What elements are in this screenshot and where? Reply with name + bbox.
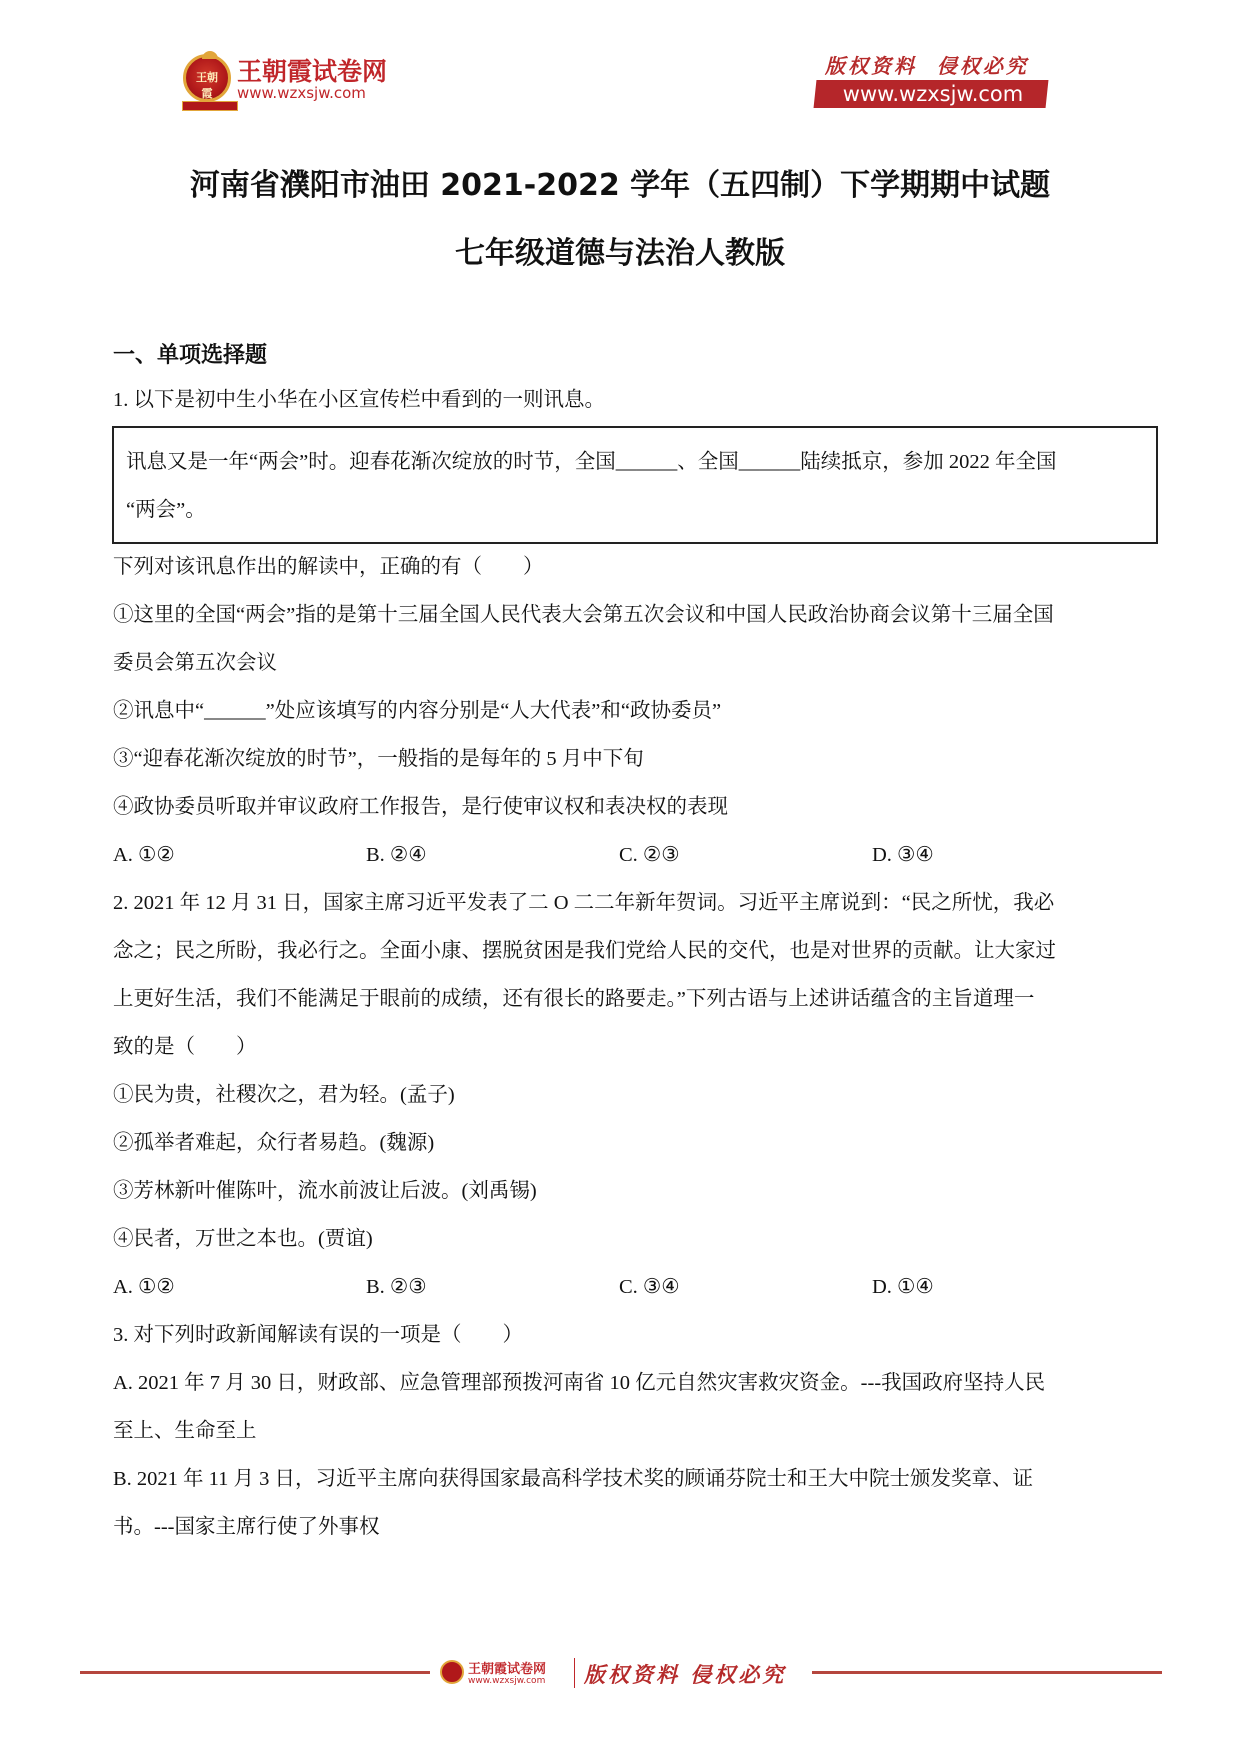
statement: ②孤举者难起，众行者易趋。(魏源)	[113, 1129, 434, 1157]
question-3-stem: 3. 对下列时政新闻解读有误的一项是（ ）	[113, 1321, 523, 1349]
footer-divider-right	[812, 1671, 1162, 1674]
question-2-stem: 念之；民之所盼，我必行之。全面小康、摆脱贫困是我们党给人民的交代，也是对世界的贡…	[113, 937, 1056, 965]
option-a[interactable]: A. ①②	[113, 841, 175, 869]
footer-separator	[574, 1658, 575, 1688]
notice-line: “两会”。	[126, 496, 206, 524]
option-d[interactable]: D. ③④	[872, 841, 934, 869]
brand-name: 王朝霞试卷网	[237, 52, 387, 88]
footer-divider-left	[80, 1671, 430, 1674]
footer-logo: 王朝霞试卷网 www.wzxsjw.com 版权资料 侵权必究	[440, 1654, 800, 1694]
question-2-stem: 致的是（ ）	[113, 1033, 257, 1061]
choice-line: 书。---国家主席行使了外事权	[113, 1513, 379, 1541]
notice-box: 讯息又是一年“两会”时。迎春花渐次绽放的时节，全国______、全国______…	[112, 426, 1158, 544]
ribbon-icon	[182, 101, 238, 111]
question-1-stem: 1. 以下是初中生小华在小区宣传栏中看到的一则讯息。	[113, 386, 605, 414]
option-b[interactable]: B. ②④	[366, 841, 427, 869]
notice-line: 讯息又是一年“两会”时。迎春花渐次绽放的时节，全国______、全国______…	[126, 448, 1056, 476]
option-c[interactable]: C. ③④	[619, 1273, 680, 1301]
statement: 委员会第五次会议	[113, 649, 277, 677]
option-d[interactable]: D. ①④	[872, 1273, 934, 1301]
option-c[interactable]: C. ②③	[619, 841, 680, 869]
statement: ④民者，万世之本也。(贾谊)	[113, 1225, 373, 1253]
option-b[interactable]: B. ②③	[366, 1273, 427, 1301]
statement: ①民为贵，社稷次之，君为轻。(孟子)	[113, 1081, 455, 1109]
statement: ①这里的全国“两会”指的是第十三届全国人民代表大会第五次会议和中国人民政治协商会…	[113, 601, 1054, 629]
section-heading: 一、单项选择题	[113, 338, 267, 369]
copyright-banner: 版权资料 侵权必究 www.wzxsjw.com	[815, 50, 1055, 112]
badge-text: 王朝霞	[193, 69, 221, 101]
question-2-stem: 上更好生活，我们不能满足于眼前的成绩，还有很长的路要走。”下列古语与上述讲话蕴含…	[113, 985, 1034, 1013]
statement: ③芳林新叶催陈叶，流水前波让后波。(刘禹锡)	[113, 1177, 537, 1205]
brand-url: www.wzxsjw.com	[237, 84, 366, 102]
url-bar-text: www.wzxsjw.com	[827, 80, 1039, 108]
badge-icon: 王朝霞	[183, 54, 231, 102]
page-title: 河南省濮阳市油田 2021-2022 学年（五四制）下学期期中试题	[0, 160, 1240, 204]
footer-brand-name: 王朝霞试卷网	[468, 1658, 546, 1677]
question-2-stem: 2. 2021 年 12 月 31 日，国家主席习近平发表了二 O 二二年新年贺…	[113, 889, 1054, 917]
footer-copyright: 版权资料 侵权必究	[584, 1659, 786, 1689]
question-1-prompt: 下列对该讯息作出的解读中，正确的有（ ）	[113, 553, 544, 581]
statement: ②讯息中“______”处应该填写的内容分别是“人大代表”和“政协委员”	[113, 697, 721, 725]
choice-line: B. 2021 年 11 月 3 日，习近平主席向获得国家最高科学技术奖的顾诵芬…	[113, 1465, 1033, 1493]
statement: ④政协委员听取并审议政府工作报告，是行使审议权和表决权的表现	[113, 793, 728, 821]
badge-icon	[440, 1660, 464, 1684]
footer-brand-url: www.wzxsjw.com	[468, 1676, 545, 1686]
site-logo: 王朝霞 王朝霞试卷网 www.wzxsjw.com	[183, 50, 403, 112]
option-a[interactable]: A. ①②	[113, 1273, 175, 1301]
choice-line: 至上、生命至上	[113, 1417, 257, 1445]
statement: ③“迎春花渐次绽放的时节”，一般指的是每年的 5 月中下旬	[113, 745, 644, 773]
page-subtitle: 七年级道德与法治人教版	[0, 228, 1240, 272]
choice-line: A. 2021 年 7 月 30 日，财政部、应急管理部预拨河南省 10 亿元自…	[113, 1369, 1045, 1397]
crown-icon	[202, 51, 218, 59]
copyright-text: 版权资料 侵权必究	[825, 50, 1029, 79]
